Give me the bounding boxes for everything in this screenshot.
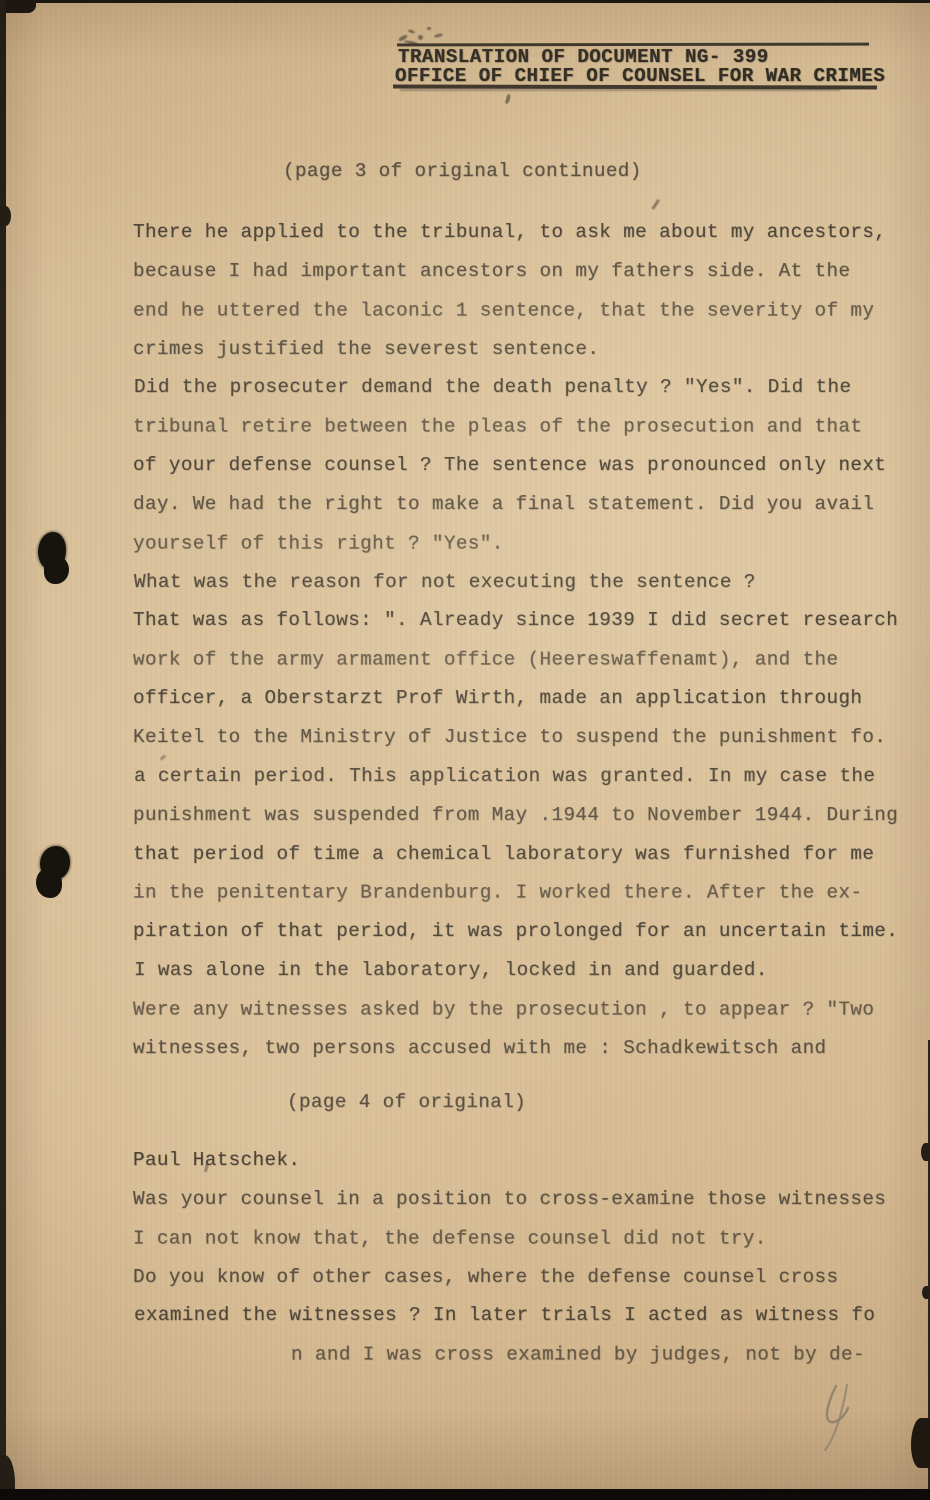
text-line: end he uttered the laconic 1 sentence, t… [133, 299, 930, 338]
punch-hole-top [38, 532, 66, 570]
text-line: n and I was cross examined by judges, no… [133, 1344, 930, 1383]
text-line: piration of that period, it was prolonge… [133, 920, 930, 959]
text-line: Was your counsel in a position to cross-… [133, 1188, 930, 1227]
text-line: work of the army armament office (Heeres… [133, 649, 930, 688]
text-line: punishment was suspended from May .1944 … [133, 804, 930, 843]
text-line: that period of time a chemical laborator… [133, 843, 930, 882]
text-line: Did the prosecuter demand the death pena… [134, 376, 930, 415]
text-line: yourself of this right ? "Yes". [133, 532, 930, 571]
text-line: tribunal retire between the pleas of the… [133, 416, 930, 455]
ink-speck [651, 199, 659, 210]
scan-edge-left-notch [0, 206, 11, 226]
text-line: Do you know of other cases, where the de… [133, 1266, 930, 1305]
transcript-body-page4: Paul Hatschek. Was your counsel in a pos… [133, 1149, 930, 1382]
scanned-document-page: TRANSLATION OF DOCUMENT NG- 399 OFFICE O… [0, 0, 930, 1500]
scan-edge-top [0, 0, 930, 3]
transcript-body-page3: There he applied to the tribunal, to ask… [133, 221, 930, 1076]
scan-corner-bottom-left [0, 1455, 15, 1495]
scan-edge-bottom [0, 1489, 930, 1500]
text-line: I can not know that, the defense counsel… [133, 1227, 930, 1266]
text-line: Keitel to the Ministry of Justice to sus… [133, 726, 930, 765]
text-line: examined the witnesses ? In later trials… [134, 1304, 930, 1343]
pencil-mark-annotation [798, 1372, 878, 1462]
text-line: Paul Hatschek. [133, 1149, 930, 1188]
text-line: Were any witnesses asked by the prosecut… [133, 998, 930, 1037]
scan-corner-top-left [0, 0, 36, 13]
text-line: day. We had the right to make a final st… [133, 493, 930, 532]
scan-edge-blob [911, 1418, 930, 1468]
ink-speck [505, 94, 512, 105]
text-line: of your defense counsel ? The sentence w… [133, 454, 930, 493]
text-line: That was as follows: ". Already since 19… [133, 609, 930, 648]
text-line: What was the reason for not executing th… [134, 571, 930, 610]
text-line: There he applied to the tribunal, to ask… [133, 221, 930, 260]
text-line: I was alone in the laboratory, locked in… [134, 959, 930, 998]
header-rule-bottom-smear [400, 89, 840, 91]
text-line: witnesses, two persons accused with me :… [133, 1037, 930, 1076]
text-line: because I had important ancestors on my … [133, 260, 930, 299]
text-line: officer, a Oberstarzt Prof Wirth, made a… [133, 687, 930, 726]
text-line: a certain period. This application was g… [134, 765, 930, 804]
text-line: crimes justified the severest sentence. [133, 338, 930, 377]
text-line: in the penitentary Brandenburg. I worked… [133, 882, 930, 921]
scan-edge-left [0, 0, 6, 1500]
page3-section-heading: (page 3 of original continued) [283, 160, 642, 182]
punch-hole-bottom [40, 846, 70, 880]
page4-section-heading: (page 4 of original) [287, 1091, 526, 1113]
